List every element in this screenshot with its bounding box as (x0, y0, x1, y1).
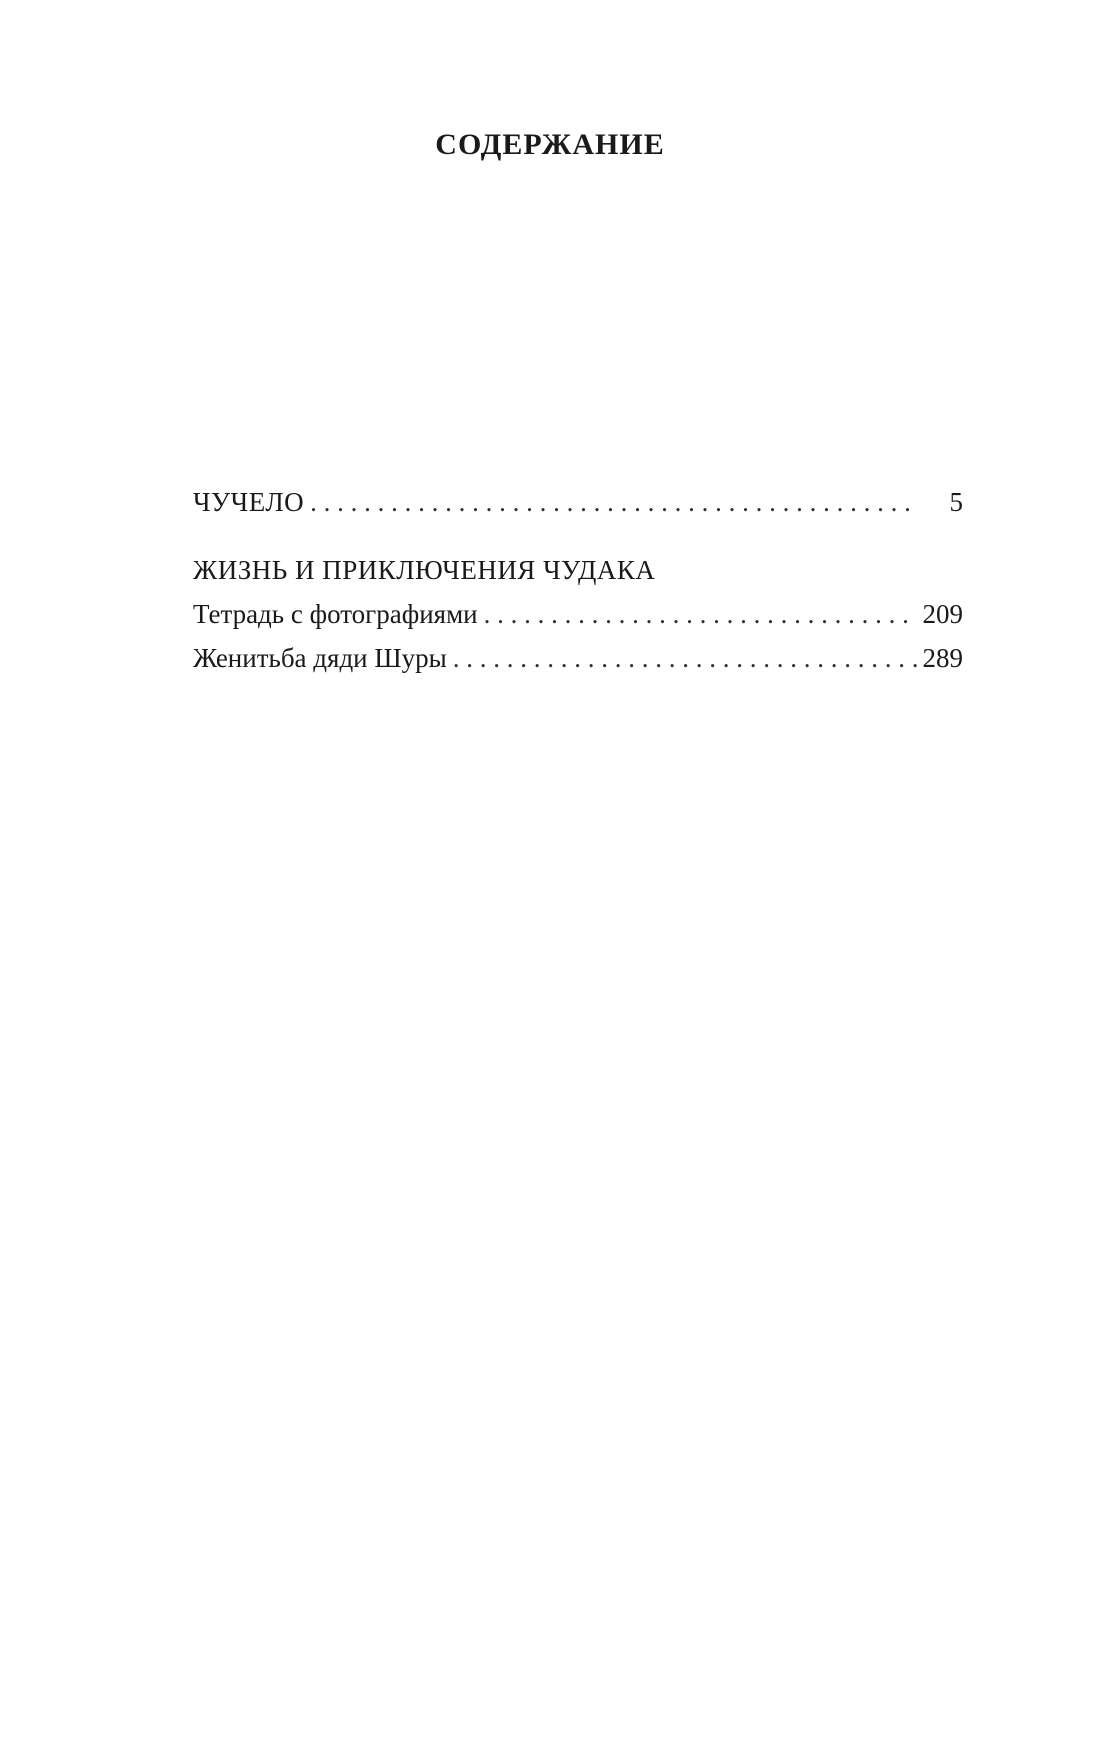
toc-section-title: ЖИЗНЬ И ПРИКЛЮЧЕНИЯ ЧУДАКА (193, 548, 655, 592)
toc-entry-title: Женитьба дяди Шуры (193, 636, 447, 680)
toc-entry-page: 5 (950, 480, 964, 524)
toc-entry-title: Тетрадь с фотографиями (193, 592, 478, 636)
table-of-contents: ЧУЧЕЛО 5 ЖИЗНЬ И ПРИКЛЮЧЕНИЯ ЧУДАКА Тетр… (193, 480, 963, 680)
toc-entry-title: ЧУЧЕЛО (193, 480, 304, 524)
toc-entry[interactable]: Тетрадь с фотографиями 209 (193, 592, 963, 636)
dot-leader (484, 592, 917, 636)
dot-leader (453, 636, 917, 680)
dot-leader (310, 480, 915, 524)
toc-section-heading: ЖИЗНЬ И ПРИКЛЮЧЕНИЯ ЧУДАКА (193, 548, 963, 592)
toc-entry-page: 289 (923, 636, 964, 680)
toc-entry[interactable]: Женитьба дяди Шуры 289 (193, 636, 963, 680)
toc-entry[interactable]: ЧУЧЕЛО 5 (193, 480, 963, 524)
toc-entry-page: 209 (923, 592, 964, 636)
page-title: СОДЕРЖАНИЕ (0, 128, 1100, 162)
